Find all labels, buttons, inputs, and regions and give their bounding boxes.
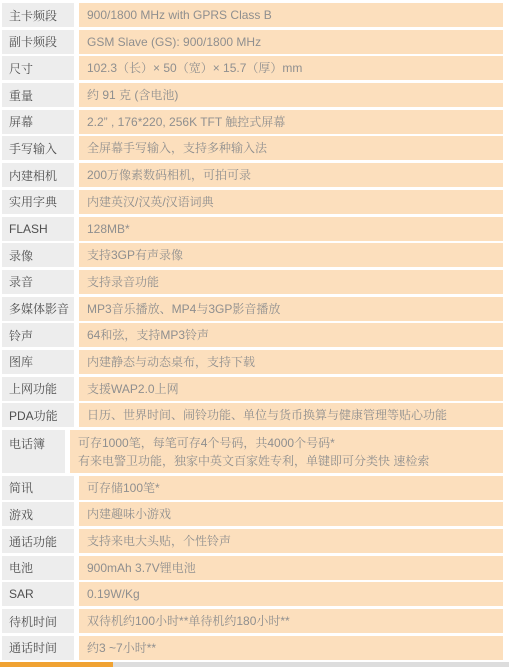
spec-label: 主卡频段 bbox=[2, 3, 74, 27]
spec-row: 屏幕2.2” , 176*220, 256K TFT 触控式屏幕 bbox=[2, 110, 503, 134]
spec-label: 重量 bbox=[2, 83, 74, 107]
spec-label: 手写输入 bbox=[2, 136, 74, 160]
spec-row: 多媒体影音MP3音乐播放、MP4与3GP影音播放 bbox=[2, 297, 503, 321]
spec-value: 内建英汉/汉英/汉语词典 bbox=[79, 190, 503, 214]
spec-row: 重量约 91 克 (含电池) bbox=[2, 83, 503, 107]
spec-row: FLASH128MB* bbox=[2, 217, 503, 241]
spec-label: 副卡频段 bbox=[2, 30, 74, 54]
spec-label: 简讯 bbox=[2, 476, 74, 500]
spec-row: 游戏内建趣味小游戏 bbox=[2, 502, 503, 526]
spec-value: 900/1800 MHz with GPRS Class B bbox=[79, 3, 503, 27]
spec-row: 录像支持3GP有声录像 bbox=[2, 243, 503, 267]
spec-row: 内建相机200万像素数码相机，可拍可录 bbox=[2, 163, 503, 187]
spec-value: 内建静态与动态桌布，支持下载 bbox=[79, 350, 503, 374]
spec-value: 64和弦，支持MP3铃声 bbox=[79, 323, 503, 347]
spec-value: 128MB* bbox=[79, 217, 503, 241]
spec-value: 支持来电大头贴，个性铃声 bbox=[79, 529, 503, 553]
spec-value: 约3 ~7小时** bbox=[79, 636, 503, 660]
spec-label: 图库 bbox=[2, 350, 74, 374]
spec-row: 上网功能支援WAP2.0上网 bbox=[2, 377, 503, 401]
spec-row: 电池900mAh 3.7V锂电池 bbox=[2, 556, 503, 580]
spec-row: 主卡频段900/1800 MHz with GPRS Class B bbox=[2, 3, 503, 27]
spec-value: 内建趣味小游戏 bbox=[79, 502, 503, 526]
spec-label: 尺寸 bbox=[2, 56, 74, 80]
spec-label: 通话时间 bbox=[2, 636, 74, 660]
spec-label: 屏幕 bbox=[2, 110, 74, 134]
spec-row: 实用字典内建英汉/汉英/汉语词典 bbox=[2, 190, 503, 214]
spec-value: 900mAh 3.7V锂电池 bbox=[79, 556, 503, 580]
spec-row: 电话簿可存1000笔，每笔可存4个号码，共4000个号码* 有来电警卫功能，独家… bbox=[2, 430, 503, 473]
spec-value: 全屏幕手写输入，支持多种输入法 bbox=[79, 136, 503, 160]
spec-row: 图库内建静态与动态桌布，支持下载 bbox=[2, 350, 503, 374]
spec-label: 铃声 bbox=[2, 323, 74, 347]
divider-track-segment bbox=[113, 662, 509, 667]
spec-row: SAR0.19W/Kg bbox=[2, 582, 503, 606]
spec-label: 电话簿 bbox=[2, 430, 65, 473]
spec-row: PDA功能日历、世界时间、闹铃功能、单位与货币换算与健康管理等贴心功能 bbox=[2, 403, 503, 427]
spec-value: 支援WAP2.0上网 bbox=[79, 377, 503, 401]
footer-divider bbox=[0, 662, 509, 667]
spec-label: 录音 bbox=[2, 270, 74, 294]
spec-row: 尺寸102.3（长）× 50（宽）× 15.7（厚）mm bbox=[2, 56, 503, 80]
spec-row: 通话功能支持来电大头贴，个性铃声 bbox=[2, 529, 503, 553]
spec-row: 简讯可存储100笔* bbox=[2, 476, 503, 500]
spec-label: 通话功能 bbox=[2, 529, 74, 553]
spec-value: 102.3（长）× 50（宽）× 15.7（厚）mm bbox=[79, 56, 503, 80]
spec-value: 约 91 克 (含电池) bbox=[79, 83, 503, 107]
spec-value: MP3音乐播放、MP4与3GP影音播放 bbox=[79, 297, 503, 321]
spec-label: PDA功能 bbox=[2, 403, 74, 427]
spec-label: 上网功能 bbox=[2, 377, 74, 401]
spec-value: GSM Slave (GS): 900/1800 MHz bbox=[79, 30, 503, 54]
spec-value: 可存1000笔，每笔可存4个号码，共4000个号码* 有来电警卫功能，独家中英文… bbox=[70, 430, 503, 473]
spec-label: 游戏 bbox=[2, 502, 74, 526]
divider-accent-segment bbox=[0, 662, 113, 667]
spec-label: SAR bbox=[2, 582, 74, 606]
spec-row: 副卡频段GSM Slave (GS): 900/1800 MHz bbox=[2, 30, 503, 54]
spec-row: 录音支持录音功能 bbox=[2, 270, 503, 294]
spec-value: 0.19W/Kg bbox=[79, 582, 503, 606]
spec-table: 主卡频段900/1800 MHz with GPRS Class B副卡频段GS… bbox=[0, 0, 503, 660]
spec-value: 支持录音功能 bbox=[79, 270, 503, 294]
spec-row: 通话时间约3 ~7小时** bbox=[2, 636, 503, 660]
spec-label: 录像 bbox=[2, 243, 74, 267]
spec-row: 铃声64和弦，支持MP3铃声 bbox=[2, 323, 503, 347]
spec-value: 支持3GP有声录像 bbox=[79, 243, 503, 267]
spec-label: 待机时间 bbox=[2, 609, 74, 633]
spec-row: 待机时间双待机约100小时**单待机约180小时** bbox=[2, 609, 503, 633]
spec-value: 2.2” , 176*220, 256K TFT 触控式屏幕 bbox=[79, 110, 503, 134]
spec-label: 实用字典 bbox=[2, 190, 74, 214]
spec-label: 电池 bbox=[2, 556, 74, 580]
spec-label: 多媒体影音 bbox=[2, 297, 74, 321]
spec-value: 双待机约100小时**单待机约180小时** bbox=[79, 609, 503, 633]
spec-label: FLASH bbox=[2, 217, 74, 241]
spec-label: 内建相机 bbox=[2, 163, 74, 187]
spec-value: 日历、世界时间、闹铃功能、单位与货币换算与健康管理等贴心功能 bbox=[79, 403, 503, 427]
spec-value: 200万像素数码相机，可拍可录 bbox=[79, 163, 503, 187]
spec-value: 可存储100笔* bbox=[79, 476, 503, 500]
page: 主卡频段900/1800 MHz with GPRS Class B副卡频段GS… bbox=[0, 0, 509, 670]
spec-row: 手写输入全屏幕手写输入，支持多种输入法 bbox=[2, 136, 503, 160]
